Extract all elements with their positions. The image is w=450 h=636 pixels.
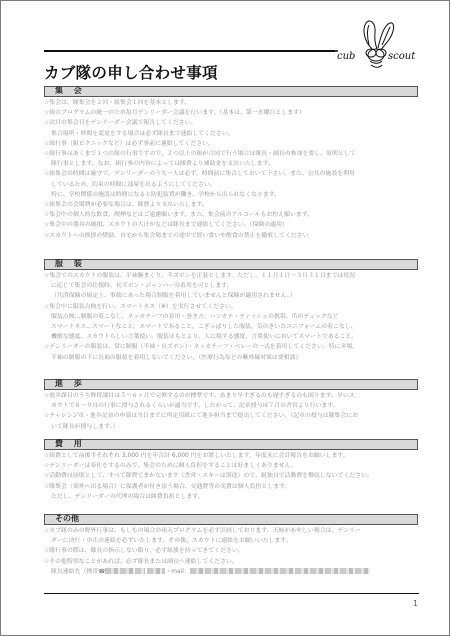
list-item: 服装点検…制服の着こなし、ネッカチーフの着用・巻き方、ハンカチ・ティッシュの携帯… xyxy=(44,312,418,322)
section-items: ☆集会でのスカウトの服装は、半袖腕まくり、半ズボンを正装とします。ただし、１１月… xyxy=(44,271,418,363)
section-other: その他 ☆カブ隊のみの野外行事は、もしもの場合の雨天プログラムを必ず計画しており… xyxy=(44,514,418,577)
section-heading-bar: 服 装 xyxy=(44,259,418,270)
section-items: ☆組費として前後半それぞれ 3,000 円を年合計 6,000 円をお渡しいたし… xyxy=(44,451,418,502)
section-heading-bar: 集 会 xyxy=(44,86,418,97)
list-item: しているため、約束の時間に部屋を出るようにしてください。 xyxy=(44,180,418,190)
list-item: ☆組のプログラムの統一のため毎月デンリーダー会議を行います。（基本は、第一水曜日… xyxy=(44,108,418,118)
list-item: ☆活動費は原則として、すべて隊費でまかないます（舎営・スキーは別途）ので、組独自… xyxy=(44,471,418,481)
list-item: 半袖の制服の下に長袖の服装を着用しないでください。（医療行為などの紫外線対策は要… xyxy=(44,353,418,363)
list-item: ☆スカウトへの挨拶の奨励、自宅から集会場までの途中で買い食いや飲食の禁止を徹底し… xyxy=(44,231,418,241)
section-heading: その他 xyxy=(55,513,79,524)
logo-text-cub: cub xyxy=(337,51,355,62)
section-heading-bar: その他 xyxy=(44,514,418,525)
section-costs: 費 用 ☆組費として前後半それぞれ 3,000 円を年合計 6,000 円をお渡… xyxy=(44,439,418,502)
section-uniform: 服 装 ☆集会でのスカウトの服装は、半袖腕まくり、半ズボンを正装とします。ただし… xyxy=(44,259,418,363)
list-item: に応じて集会の往復時、長ズボン・ジャンパーの着用を可とします。 xyxy=(44,281,418,291)
section-heading: 進 歩 xyxy=(55,378,86,389)
list-item: いて隊長が授与します。） xyxy=(44,422,418,432)
section-meetings: 集 会 ☆集会は、隊集会を２回・組集会１回を基本とします。 ☆組のプログラムの統… xyxy=(44,86,418,241)
page-title: カブ隊の申し合わせ事項 xyxy=(44,61,218,83)
list-item: ☆集会中の個人的な飲食、喫煙などはご遠慮願います。また、集会前のアルコールもお控… xyxy=(44,210,418,220)
list-item: ☆集会でのスカウトの服装は、半袖腕まくり、半ズボンを正装とします。ただし、１１月… xyxy=(44,271,418,281)
mail-label: ・mail： xyxy=(165,569,189,575)
footer-rule xyxy=(44,593,419,594)
rabbit-icon xyxy=(334,15,420,73)
list-item: ☆集会は、隊集会を２回・組集会１回を基本とします。 xyxy=(44,98,418,108)
section-heading-bar: 費 用 xyxy=(44,439,418,450)
section-heading-bar: 進 歩 xyxy=(44,379,418,390)
list-item: 集合場所・時間を変更をする場合は必ず隊長まで連絡してください。 xyxy=(44,129,418,139)
list-item: ☆進歩課目のうち修得課目は５～６ヶ月で完修するのが標準です。あまり早すぎるのも遅… xyxy=(44,391,418,401)
list-item: ダーに決行・中止の連絡を必ずいたします。その後、スカウトに連絡をお願いいたします… xyxy=(44,536,418,546)
list-item: スマートネス…スマートなこと。スマートであること。こざっぱりした服装、気のきいた… xyxy=(44,322,418,332)
list-item: 特に、学校関係の施設は時間になると防犯装置が働き、学校から出られなくなります。 xyxy=(44,190,418,200)
list-item: ☆カブ隊のみの野外行事は、もしもの場合の雨天プログラムを必ず計画しております。天… xyxy=(44,526,418,536)
list-item: ☆組集会の時間は厳守で、デンリーダーのうち一人は必ず、時間前に集合しておいて下さ… xyxy=(44,169,418,179)
contact-line: 隊長連絡先（携帯☎ ・mail： xyxy=(44,567,418,577)
section-heading: 費 用 xyxy=(55,438,86,449)
list-item: ただし、デンリーダーの代理の場合は隊費負担とします。 xyxy=(44,492,418,502)
page-number: 1 xyxy=(413,599,418,608)
logo-text-scout: scout xyxy=(388,51,415,62)
list-item: ☆隊集会（郊外へ出る場合）に保護者が付き添う場合、交通費等の実費は個人負担としま… xyxy=(44,482,418,492)
list-item: ☆デンリーダーは奉仕をするのみで、集会のために個人負担をすることは好ましくありま… xyxy=(44,461,418,471)
list-item: ☆チャレンジ章・進歩記章の申請は当日までに所定用紙にて進歩担当まで提出してくださ… xyxy=(44,411,418,421)
list-item: ☆その他特別なことがあれば、必ず隊長または副長へ連絡してください。 xyxy=(44,557,418,567)
section-items: ☆進歩課目のうち修得課目は５～６ヶ月で完修するのが標準です。あまり早すぎるのも遅… xyxy=(44,391,418,432)
contact-label: 隊長連絡先（携帯☎ xyxy=(51,569,105,575)
list-item: ☆隊行事の際は、隊長の指示しない限り、必ず組旗を持ってきてください。 xyxy=(44,546,418,556)
title-rule xyxy=(44,50,335,52)
section-items: ☆カブ隊のみの野外行事は、もしもの場合の雨天プログラムを必ず計画しております。天… xyxy=(44,526,418,577)
list-item: ☆組行事（組ピクニックなど）は必ず事前に連絡してください。 xyxy=(44,139,418,149)
section-heading: 服 装 xyxy=(55,258,86,269)
cub-scout-logo: cub scout xyxy=(334,15,420,73)
redacted-email xyxy=(190,568,370,574)
list-item: カウトで８～９月の行事に授与されるくらいが適当です。したがって、記章授与は７月の… xyxy=(44,401,418,411)
list-item: ☆組行事はあくまで１つの組の行事ですので、２つ以上の組が合同で行う場合は隊長・副… xyxy=(44,149,418,159)
list-item: 隊行事とします。なお、組行事の内容によっては隊費より補助金を支出いたします。 xyxy=(44,159,418,169)
section-items: ☆集会は、隊集会を２回・組集会１回を基本とします。 ☆組のプログラムの統一のため… xyxy=(44,98,418,241)
document-page: カブ隊の申し合わせ事項 cub scout 集 会 ☆集会は、隊集会を２回・組集… xyxy=(0,0,450,636)
list-item: ☆デンリーダーの服装は、常に制服（半袖・長ズボン）・ネッカチーフ・ベレーの一式を… xyxy=(44,342,418,352)
list-item: 機敏な態度、スカウトらしい言葉使い。服装はもとより、人に接する態度、言葉使いにお… xyxy=(44,332,418,342)
list-item: ☆次月の集会日をデンリーダー会議で報告してください。 xyxy=(44,118,418,128)
list-item: ☆組集会の会場費が必要な場合は、隊費より支出いたします。 xyxy=(44,200,418,210)
list-item: （共済保険の規定上、事故にあった場合制服を着用していませんと保険が適用されません… xyxy=(44,291,418,301)
list-item: ☆組費として前後半それぞれ 3,000 円を年合計 6,000 円をお渡しいたし… xyxy=(44,451,418,461)
redacted-phone xyxy=(147,568,165,574)
redacted-phone xyxy=(105,568,145,574)
list-item: ☆集会中に服装点検を行い、スマートネス（※）を実行させてください。 xyxy=(44,302,418,312)
section-heading: 集 会 xyxy=(55,85,86,96)
list-item: ☆集会中の器具の破損、スカウトの大けがなどは隊長まで連絡してください。（保険の適… xyxy=(44,220,418,230)
section-progress: 進 歩 ☆進歩課目のうち修得課目は５～６ヶ月で完修するのが標準です。あまり早すぎ… xyxy=(44,379,418,432)
